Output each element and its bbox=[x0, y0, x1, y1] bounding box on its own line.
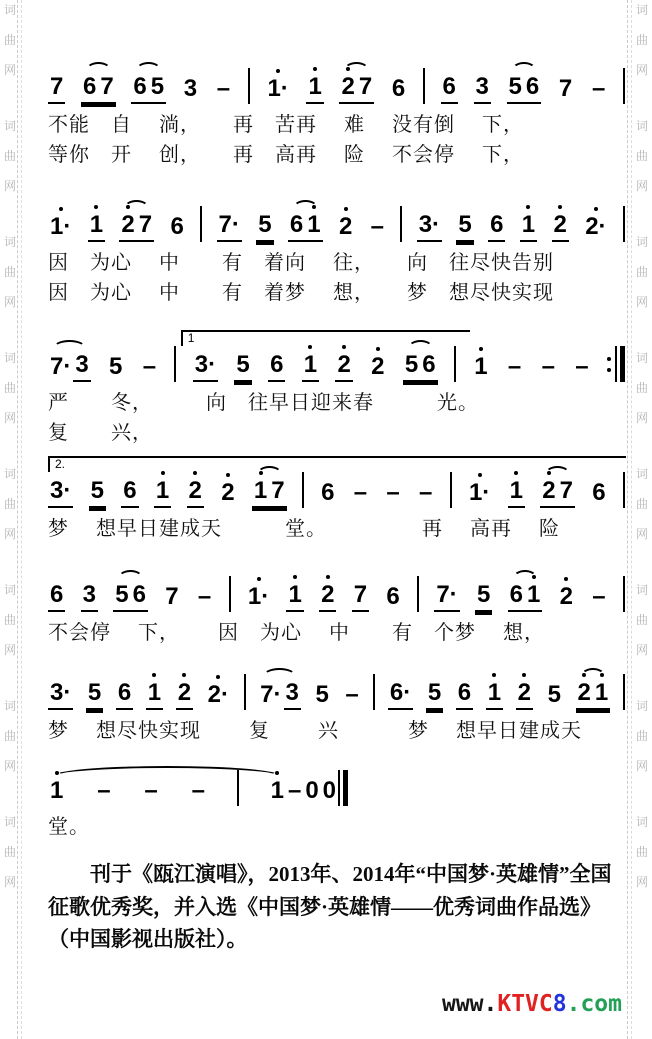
watermark-char: 曲 bbox=[4, 730, 16, 742]
watermark-char: 网 bbox=[636, 528, 648, 540]
note: 1 bbox=[306, 61, 323, 104]
octave-dot-icon bbox=[582, 673, 586, 677]
slur-group: 61 bbox=[508, 569, 543, 612]
score-area: 767653–1·127663567– 不能 自 淌， 再 苦再 难 没有倒 下… bbox=[48, 58, 625, 956]
barline bbox=[423, 68, 425, 104]
site-logo: www.KTVC8.com bbox=[442, 991, 622, 1017]
watermark-group: 词曲网 bbox=[4, 816, 16, 888]
note: 1· bbox=[246, 571, 271, 612]
music-line-3: 7·35–3·56122561–––1 bbox=[48, 336, 625, 382]
duration-dash: – bbox=[286, 765, 303, 806]
stanza-7: 1–––1–00 堂。 bbox=[48, 760, 625, 842]
watermark-char: 词 bbox=[4, 352, 16, 364]
barline bbox=[623, 576, 625, 612]
lyric-line-4: 因 为心 中 有 着梦 想， 梦 想尽快实现 bbox=[48, 278, 625, 308]
watermark-char: 网 bbox=[636, 644, 648, 656]
octave-dot-icon bbox=[564, 577, 568, 581]
watermark-group: 词曲网 bbox=[4, 468, 16, 540]
watermark-char: 曲 bbox=[636, 614, 648, 626]
octave-dot-icon bbox=[55, 771, 59, 775]
octave-dot-icon bbox=[313, 67, 317, 71]
note: 5 bbox=[113, 569, 130, 612]
note: 6 bbox=[590, 467, 607, 508]
watermark-group: 词曲网 bbox=[636, 816, 648, 888]
octave-dot-icon bbox=[126, 205, 130, 209]
watermark-char: 词 bbox=[4, 236, 16, 248]
note: 5 bbox=[546, 669, 563, 710]
octave-dot-icon bbox=[152, 673, 156, 677]
note: 1· bbox=[48, 201, 73, 242]
note: 5 bbox=[86, 667, 103, 710]
octave-dot-icon bbox=[59, 207, 63, 211]
barline bbox=[623, 68, 625, 104]
barline bbox=[417, 576, 419, 612]
watermark-char: 曲 bbox=[636, 266, 648, 278]
music-line-2: 1·12767·5612–3·56122· bbox=[48, 196, 625, 242]
watermark-char: 网 bbox=[4, 644, 16, 656]
octave-dot-icon bbox=[558, 205, 562, 209]
octave-dot-icon bbox=[600, 673, 604, 677]
watermark-group: 词曲网 bbox=[4, 352, 16, 424]
slur-group: 27 bbox=[339, 61, 374, 104]
octave-dot-icon bbox=[276, 69, 280, 73]
note: 1· bbox=[265, 63, 290, 104]
watermark-char: 词 bbox=[4, 816, 16, 828]
watermark-char: 词 bbox=[636, 236, 648, 248]
watermark-char: 网 bbox=[636, 412, 648, 424]
barline bbox=[373, 674, 375, 710]
note: 6 bbox=[456, 667, 473, 710]
note: 3 bbox=[81, 569, 98, 612]
duration-dash: – bbox=[343, 669, 360, 710]
note: 5 bbox=[313, 669, 330, 710]
note: 1 bbox=[593, 667, 610, 710]
note: 6 bbox=[508, 569, 525, 612]
music-line-4: 3·56122176–––1·12762. bbox=[48, 462, 625, 508]
slur-group: 7·3 bbox=[258, 667, 301, 710]
note: 1 bbox=[48, 765, 65, 806]
watermark-group: 词曲网 bbox=[636, 352, 648, 424]
duration-dash: – bbox=[190, 765, 207, 806]
stanza-2: 1·12767·5612–3·56122· 因 为心 中 有 着向 往， 向 往… bbox=[48, 196, 625, 308]
watermark-char: 词 bbox=[636, 120, 648, 132]
octave-dot-icon bbox=[376, 347, 380, 351]
music-line-7: 1–––1–00 bbox=[48, 760, 348, 806]
note: 7 bbox=[557, 63, 574, 104]
slur-group: 7·3 bbox=[48, 339, 91, 382]
stanza-1: 767653–1·127663567– 不能 自 淌， 再 苦再 难 没有倒 下… bbox=[48, 58, 625, 170]
watermark-char: 网 bbox=[636, 876, 648, 888]
watermark-char: 曲 bbox=[636, 846, 648, 858]
octave-dot-icon bbox=[532, 575, 536, 579]
duration-dash: – bbox=[540, 341, 557, 382]
lyric-line-8: 不会停 下， 因 为心 中 有 个梦 想， bbox=[48, 618, 625, 648]
watermark-char: 词 bbox=[4, 584, 16, 596]
note: 2 bbox=[339, 61, 356, 104]
watermark-char: 曲 bbox=[636, 34, 648, 46]
logo-www: www. bbox=[442, 991, 497, 1017]
stanza-5: 63567–1·12767·5612– 不会停 下， 因 为心 中 有 个梦 想… bbox=[48, 566, 625, 648]
note: 5 bbox=[475, 569, 492, 612]
note: 6 bbox=[131, 569, 148, 612]
note: 2 bbox=[516, 667, 533, 710]
stanza-3: 7·35–3·56122561–––1 严 冬， 向 往早日迎来春 光。 复 兴… bbox=[48, 336, 625, 448]
watermark-group: 词曲网 bbox=[636, 584, 648, 656]
octave-dot-icon bbox=[594, 207, 598, 211]
logo-eight: 8 bbox=[553, 991, 567, 1017]
watermark-char: 网 bbox=[4, 412, 16, 424]
watermark-char: 曲 bbox=[636, 150, 648, 162]
publication-note: 刊于《瓯江演唱》，2013年、2014年“中国梦·英雄情”全国征歌优秀奖，并入选… bbox=[48, 858, 625, 956]
lyric-line-9: 梦 想尽快实现 复 兴 梦 想早日建成天 bbox=[48, 716, 625, 746]
music-line-1: 767653–1·127663567– bbox=[48, 58, 625, 104]
note: 1 bbox=[269, 765, 286, 806]
note: 1 bbox=[146, 667, 163, 710]
watermark-group: 词曲网 bbox=[4, 4, 16, 76]
note: 7 bbox=[163, 571, 180, 612]
watermark-group: 词曲网 bbox=[4, 700, 16, 772]
note: 6· bbox=[388, 667, 413, 710]
note: 3 bbox=[182, 63, 199, 104]
duration-dash: – bbox=[369, 201, 386, 242]
lyric-line-1: 不能 自 淌， 再 苦再 难 没有倒 下， bbox=[48, 110, 625, 140]
duration-dash: – bbox=[590, 571, 607, 612]
watermark-group: 词曲网 bbox=[636, 4, 648, 76]
note: 6 bbox=[116, 667, 133, 710]
note: 7· bbox=[258, 669, 283, 710]
note: 5 bbox=[256, 199, 273, 242]
note: 7 bbox=[352, 569, 369, 612]
watermark-group: 词曲网 bbox=[636, 236, 648, 308]
logo-ktvc: KTVC bbox=[497, 991, 552, 1017]
note: 2· bbox=[206, 669, 231, 710]
duration-dash: – bbox=[384, 467, 401, 508]
note: 3· bbox=[48, 667, 73, 710]
watermark-char: 网 bbox=[4, 64, 16, 76]
watermark-group: 词曲网 bbox=[636, 120, 648, 192]
slur-group: 65 bbox=[131, 61, 166, 104]
watermark-char: 曲 bbox=[4, 266, 16, 278]
note: 1· bbox=[467, 467, 492, 508]
octave-dot-icon bbox=[216, 675, 220, 679]
octave-dot-icon bbox=[526, 205, 530, 209]
final-barline bbox=[338, 770, 348, 806]
watermark-char: 曲 bbox=[4, 846, 16, 858]
octave-dot-icon bbox=[312, 205, 316, 209]
note: 5 bbox=[149, 61, 166, 104]
note: 1 bbox=[486, 667, 503, 710]
watermark-char: 网 bbox=[636, 296, 648, 308]
volta-bracket-2: 2. bbox=[48, 456, 626, 472]
note: 1 bbox=[520, 199, 537, 242]
barline bbox=[248, 68, 250, 104]
watermark-group: 词曲网 bbox=[636, 468, 648, 540]
logo-com: .com bbox=[567, 991, 622, 1017]
note: 6 bbox=[488, 199, 505, 242]
note: 7 bbox=[357, 61, 374, 104]
note: 2· bbox=[583, 201, 608, 242]
slur-group: 1–––1 bbox=[48, 765, 286, 806]
slur-group: 56 bbox=[113, 569, 148, 612]
octave-dot-icon bbox=[344, 207, 348, 211]
note: 6 bbox=[288, 199, 305, 242]
note: 3 bbox=[474, 61, 491, 104]
watermark-char: 曲 bbox=[636, 730, 648, 742]
watermark-char: 网 bbox=[4, 876, 16, 888]
watermark-char: 词 bbox=[4, 120, 16, 132]
octave-dot-icon bbox=[346, 67, 350, 71]
lyric-line-5: 严 冬， 向 往早日迎来春 光。 bbox=[48, 388, 625, 418]
note: 2 bbox=[219, 467, 236, 508]
rest-note: 0 bbox=[321, 765, 338, 806]
note: 6 bbox=[441, 61, 458, 104]
octave-dot-icon bbox=[326, 575, 330, 579]
octave-dot-icon bbox=[478, 473, 482, 477]
note: 5 bbox=[107, 341, 124, 382]
watermark-char: 网 bbox=[4, 180, 16, 192]
note: 1 bbox=[88, 199, 105, 242]
note: 2 bbox=[337, 201, 354, 242]
barline bbox=[454, 346, 456, 382]
note: 7· bbox=[434, 569, 459, 612]
barline bbox=[302, 472, 304, 508]
watermark-char: 词 bbox=[636, 468, 648, 480]
sheet-page: 词曲网词曲网词曲网词曲网词曲网词曲网词曲网词曲网 词曲网词曲网词曲网词曲网词曲网… bbox=[0, 0, 652, 1039]
watermark-char: 网 bbox=[636, 64, 648, 76]
watermark-char: 网 bbox=[4, 528, 16, 540]
note: 6 bbox=[384, 571, 401, 612]
duration-dash: – bbox=[506, 341, 523, 382]
note: 3· bbox=[417, 199, 442, 242]
watermark-char: 曲 bbox=[636, 498, 648, 510]
watermark-char: 网 bbox=[4, 760, 16, 772]
barline bbox=[450, 472, 452, 508]
barline bbox=[400, 206, 402, 242]
watermark-char: 词 bbox=[4, 468, 16, 480]
music-line-6: 3·56122·7·35–6·5612521 bbox=[48, 664, 625, 710]
barline bbox=[623, 206, 625, 242]
note: 6 bbox=[168, 201, 185, 242]
note: 3 bbox=[73, 339, 90, 382]
note: 6 bbox=[319, 467, 336, 508]
repeat-barline bbox=[607, 346, 625, 382]
watermark-char: 词 bbox=[636, 584, 648, 596]
watermark-char: 网 bbox=[636, 180, 648, 192]
stanza-6: 3·56122·7·35–6·5612521 梦 想尽快实现 复 兴 梦 想早日… bbox=[48, 664, 625, 746]
note: 1 bbox=[286, 569, 303, 612]
slur-group: 21 bbox=[576, 667, 611, 710]
lyric-line-6: 复 兴， bbox=[48, 418, 625, 448]
watermark-char: 网 bbox=[4, 296, 16, 308]
watermark-char: 曲 bbox=[4, 614, 16, 626]
note: 2 bbox=[319, 569, 336, 612]
watermark-char: 词 bbox=[636, 352, 648, 364]
note: 2 bbox=[369, 341, 386, 382]
note: 1 bbox=[525, 569, 542, 612]
barline bbox=[174, 346, 176, 382]
watermark-right: 词曲网词曲网词曲网词曲网词曲网词曲网词曲网词曲网 bbox=[633, 0, 651, 1039]
note: 1 bbox=[472, 341, 489, 382]
watermark-group: 词曲网 bbox=[4, 584, 16, 656]
octave-dot-icon bbox=[94, 205, 98, 209]
watermark-char: 曲 bbox=[4, 498, 16, 510]
octave-dot-icon bbox=[492, 673, 496, 677]
duration-dash: – bbox=[196, 571, 213, 612]
duration-dash: – bbox=[417, 467, 434, 508]
octave-dot-icon bbox=[479, 347, 483, 351]
watermark-group: 词曲网 bbox=[4, 236, 16, 308]
watermark-char: 曲 bbox=[4, 34, 16, 46]
barline bbox=[200, 206, 202, 242]
watermark-char: 词 bbox=[636, 816, 648, 828]
slur-arc-icon bbox=[53, 766, 281, 786]
duration-dash: – bbox=[573, 341, 590, 382]
rest-note: 0 bbox=[303, 765, 320, 806]
barline bbox=[229, 576, 231, 612]
octave-dot-icon bbox=[226, 473, 230, 477]
duration-dash: – bbox=[142, 765, 159, 806]
barline bbox=[623, 674, 625, 710]
slur-group: 67 bbox=[81, 61, 116, 104]
slur-group: 56 bbox=[507, 61, 542, 104]
barline bbox=[244, 674, 246, 710]
octave-dot-icon bbox=[293, 575, 297, 579]
stanza-4: 3·56122176–––1·12762. 梦 想早日建成天 堂。 再 高再 险 bbox=[48, 462, 625, 544]
note: 6 bbox=[390, 63, 407, 104]
note: 3 bbox=[284, 667, 301, 710]
note: 6 bbox=[524, 61, 541, 104]
watermark-char: 词 bbox=[4, 4, 16, 16]
watermark-char: 词 bbox=[636, 700, 648, 712]
note: 2 bbox=[119, 199, 136, 242]
lyric-line-3: 因 为心 中 有 着向 往， 向 往尽快告别 bbox=[48, 248, 625, 278]
lyric-line-2: 等你 开 创， 再 高再 险 不会停 下， bbox=[48, 140, 625, 170]
note: 7 bbox=[98, 61, 115, 104]
slur-group: 61 bbox=[288, 199, 323, 242]
watermark-group: 词曲网 bbox=[636, 700, 648, 772]
note: 2 bbox=[552, 199, 569, 242]
note: 7· bbox=[217, 199, 242, 242]
watermark-group: 词曲网 bbox=[4, 120, 16, 192]
octave-dot-icon bbox=[257, 577, 261, 581]
watermark-char: 词 bbox=[636, 4, 648, 16]
octave-dot-icon bbox=[182, 673, 186, 677]
duration-dash: – bbox=[95, 765, 112, 806]
lyric-line-10: 堂。 bbox=[48, 812, 625, 842]
watermark-char: 曲 bbox=[4, 150, 16, 162]
note: 5 bbox=[426, 667, 443, 710]
music-line-5: 63567–1·12767·5612– bbox=[48, 566, 625, 612]
note: 2 bbox=[558, 571, 575, 612]
watermark-char: 网 bbox=[636, 760, 648, 772]
slur-group: 27 bbox=[119, 199, 154, 242]
octave-dot-icon bbox=[275, 771, 279, 775]
dashed-border-left bbox=[17, 0, 22, 1039]
note: 5 bbox=[507, 61, 524, 104]
watermark-char: 曲 bbox=[636, 382, 648, 394]
note: 7· bbox=[48, 341, 73, 382]
note: 6 bbox=[131, 61, 148, 104]
duration-dash: – bbox=[590, 63, 607, 104]
note: 7 bbox=[137, 199, 154, 242]
watermark-char: 曲 bbox=[4, 382, 16, 394]
watermark-char: 词 bbox=[4, 700, 16, 712]
dashed-border-right bbox=[627, 0, 632, 1039]
octave-dot-icon bbox=[522, 673, 526, 677]
lyric-line-7: 梦 想早日建成天 堂。 再 高再 险 bbox=[48, 514, 625, 544]
note: 6 bbox=[48, 569, 65, 612]
note: 1 bbox=[305, 199, 322, 242]
duration-dash: – bbox=[141, 341, 158, 382]
note: 7 bbox=[48, 61, 65, 104]
note: 2 bbox=[576, 667, 593, 710]
duration-dash: – bbox=[352, 467, 369, 508]
volta-bracket-1: 1 bbox=[181, 330, 471, 346]
note: 5 bbox=[456, 199, 473, 242]
barline bbox=[623, 472, 625, 508]
note: 6 bbox=[81, 61, 98, 104]
duration-dash: – bbox=[215, 63, 232, 104]
note: 2 bbox=[176, 667, 193, 710]
